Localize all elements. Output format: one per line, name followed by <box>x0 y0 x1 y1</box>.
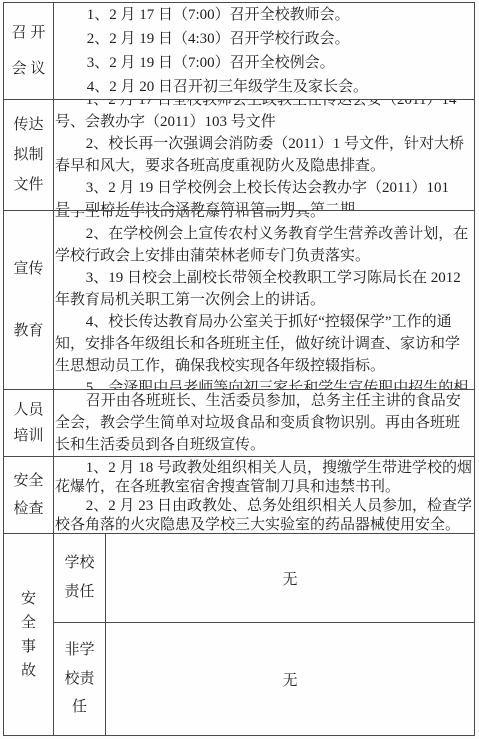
row-header-safety-inspection: 安全 检查 <box>4 457 54 533</box>
row-content-documents-relayed: 1、2 月 17 日全校教师会上政教主任传达会安（2011）14 号、会教办字（… <box>54 100 474 210</box>
list-item: 3、2 月 19 日学校例会上校长传达会教办字（2011）101 号，副校长传达… <box>55 177 473 210</box>
row-header-publicity-education: 宣传 教育 <box>4 211 54 389</box>
list-item: 4、2 月 20 日召开初三年级学生及家长会。 <box>56 75 473 99</box>
table-row-publicity-education: 宣传 教育 1、向全体师生宣传防火用电安全，政教处组织相关人员搜查学生带进学校的… <box>4 211 474 390</box>
safety-incidents-subtable: 学校 责任 无 非学 校责 任 无 <box>54 534 474 735</box>
subrow-school-responsibility: 学校 责任 无 <box>54 534 474 623</box>
table-row-safety-inspection: 安全 检查 1、2 月 18 号政教处组织相关人员，搜缴学生带进学校的烟花爆竹，… <box>4 457 474 534</box>
none-value: 无 <box>282 568 297 589</box>
row-header-meetings: 召 开 会 议 <box>4 3 54 99</box>
list-item: 1、向全体师生宣传防火用电安全，政教处组织相关人员搜查学生带进学校的烟花爆竹和管… <box>55 211 473 223</box>
subrow-non-school-responsibility: 非学 校责 任 无 <box>54 623 474 735</box>
report-table: 召 开 会 议 1、2 月 17 日（7:00）召开全校教师会。 2、2 月 1… <box>3 2 475 736</box>
row-header-line: 召 开 <box>12 24 46 42</box>
subrow-header-school-responsibility: 学校 责任 <box>54 534 106 622</box>
row-header-documents-relayed: 传达 拟制 文件 <box>4 100 54 210</box>
subrow-header-line: 非学 <box>64 642 94 659</box>
subrow-header-line: 学校 <box>64 555 94 572</box>
row-header-line: 传达 <box>13 116 43 134</box>
subrow-header-line: 校责 <box>64 671 94 688</box>
row-header-personnel-training: 人员 培训 <box>4 390 54 456</box>
row-header-line: 拟制 <box>13 146 43 164</box>
table-row-personnel-training: 人员 培训 召开由各班班长、生活委员参加，总务主任主讲的食品安全会，教会学生简单… <box>4 390 474 457</box>
list-item: 2、校长再一次强调会消防委（2011）1 号文件，针对大桥春早和风大，要求各班高… <box>55 133 473 177</box>
row-header-line: 检查 <box>13 500 43 518</box>
list-item: 2、2 月 19 日（4:30）召开学校行政会。 <box>56 27 473 51</box>
row-content-safety-inspection: 1、2 月 18 号政教处组织相关人员，搜缴学生带进学校的烟花爆竹，在各班教室宿… <box>54 457 474 533</box>
subrow-content-non-school-responsibility: 无 <box>106 623 474 735</box>
list-item: 2、在学校例会上宣传农村义务教育学生营养改善计划，在学校行政会上安排由蒲荣林老师… <box>55 223 473 267</box>
list-item: 召开由各班班长、生活委员参加，总务主任主讲的食品安全会，教会学生简单对垃圾食品和… <box>55 390 473 456</box>
table-row-documents-relayed: 传达 拟制 文件 1、2 月 17 日全校教师会上政教主任传达会安（2011）1… <box>4 100 474 211</box>
none-value: 无 <box>282 669 297 690</box>
list-item: 5、会泽职中吕老师等向初三家长和学生宣传职中招生的相关工作。 <box>55 377 473 389</box>
row-content-personnel-training: 召开由各班班长、生活委员参加，总务主任主讲的食品安全会，教会学生简单对垃圾食品和… <box>54 390 474 456</box>
list-item: 3、2 月 19 日（7:00）召开全校例会。 <box>56 51 473 75</box>
list-item: 2、2 月 23 日由政教处、总务处组织相关人员参加，检查学校各角落的火灾隐患及… <box>55 497 473 533</box>
row-header-line: 会 议 <box>12 60 46 78</box>
table-row-safety-incidents: 安 全 事 故 学校 责任 无 非学 校责 任 <box>4 534 474 735</box>
list-item: 1、2 月 17 日（7:00）召开全校教师会。 <box>56 3 473 27</box>
table-row-meetings: 召 开 会 议 1、2 月 17 日（7:00）召开全校教师会。 2、2 月 1… <box>4 3 474 100</box>
subrow-header-non-school-responsibility: 非学 校责 任 <box>54 623 106 735</box>
subrow-header-line: 责任 <box>64 584 94 601</box>
row-header-line: 安 <box>21 587 36 611</box>
list-item: 1、2 月 18 号政教处组织相关人员，搜缴学生带进学校的烟花爆竹，在各班教室宿… <box>55 459 473 497</box>
row-header-line: 人员 <box>13 401 43 419</box>
subrow-content-school-responsibility: 无 <box>106 534 474 622</box>
row-header-line: 教育 <box>13 322 43 340</box>
row-header-line: 安全 <box>13 472 43 490</box>
row-header-line: 故 <box>21 659 36 683</box>
list-item: 1、2 月 17 日全校教师会上政教主任传达会安（2011）14 号、会教办字（… <box>55 100 473 133</box>
row-header-line: 宣传 <box>13 260 43 278</box>
subrow-header-line: 任 <box>72 699 87 716</box>
list-item: 3、19 日校会上副校长带领全校教职工学习陈局长在 2012 年教育局机关职工第… <box>55 267 473 311</box>
row-header-line: 文件 <box>13 176 43 194</box>
list-item: 4、校长传达教育局办公室关于抓好“控辍保学”工作的通知，安排各年级组长和各班班主… <box>55 311 473 377</box>
row-content-publicity-education: 1、向全体师生宣传防火用电安全，政教处组织相关人员搜查学生带进学校的烟花爆竹和管… <box>54 211 474 389</box>
row-header-safety-incidents: 安 全 事 故 <box>4 534 54 735</box>
row-header-line: 全 <box>21 611 36 635</box>
row-header-line: 培训 <box>13 427 43 445</box>
row-header-line: 事 <box>21 635 36 659</box>
row-content-meetings: 1、2 月 17 日（7:00）召开全校教师会。 2、2 月 19 日（4:30… <box>54 3 474 99</box>
